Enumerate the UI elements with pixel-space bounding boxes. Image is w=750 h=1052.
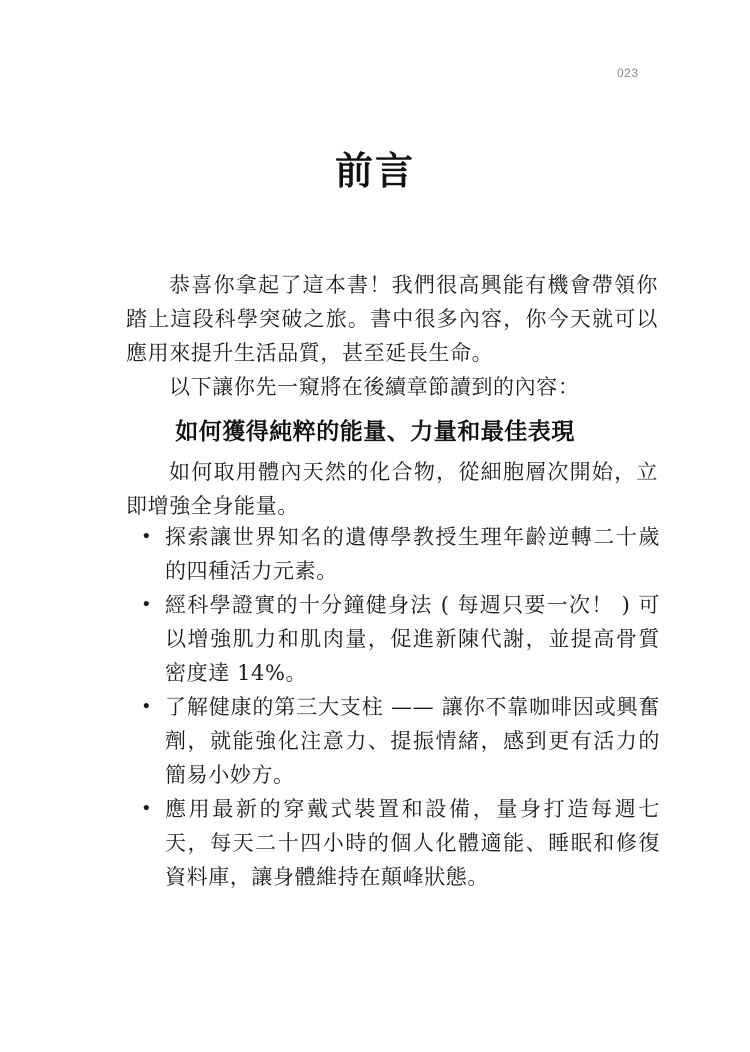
page-number: 023: [617, 66, 639, 80]
bullet-list: • 探索讓世界知名的遺傳學教授生理年齡逆轉二十歲的四種活力元素。 • 經科學證實…: [140, 520, 660, 894]
bullet-icon: •: [141, 792, 152, 826]
section-heading: 如何獲得純粹的能量、力量和最佳表現: [0, 415, 750, 449]
list-item-text: 應用最新的穿戴式裝置和設備，量身打造每週七天，每天二十四小時的個人化體適能、睡眠…: [165, 797, 660, 889]
list-item-text: 了解健康的第三大支柱 —— 讓你不靠咖啡因或興奮劑，就能強化注意力、提振情緒，感…: [165, 695, 660, 787]
intro-paragraph: 恭喜你拿起了這本書！我們很高興能有機會帶領你踏上這段科學突破之旅。書中很多內容，…: [126, 268, 658, 370]
bullet-icon: •: [141, 520, 152, 554]
list-item: • 探索讓世界知名的遺傳學教授生理年齡逆轉二十歲的四種活力元素。: [140, 520, 660, 588]
list-item-text: 探索讓世界知名的遺傳學教授生理年齡逆轉二十歲的四種活力元素。: [165, 525, 660, 583]
bullet-icon: •: [141, 690, 152, 724]
section-intro-text: 如何取用體內天然的化合物，從細胞層次開始，立即增強全身能量。: [126, 455, 658, 523]
section-intro-paragraph: 如何取用體內天然的化合物，從細胞層次開始，立即增強全身能量。: [126, 455, 658, 523]
preview-text: 以下讓你先一窺將在後續章節讀到的內容：: [126, 370, 658, 404]
list-item: • 了解健康的第三大支柱 —— 讓你不靠咖啡因或興奮劑，就能強化注意力、提振情緒…: [140, 690, 660, 792]
bullet-icon: •: [141, 588, 152, 622]
list-item-text: 經科學證實的十分鐘健身法 ( 每週只要一次！ ) 可以增強肌力和肌肉量，促進新陳…: [165, 593, 660, 685]
list-item: • 經科學證實的十分鐘健身法 ( 每週只要一次！ ) 可以增強肌力和肌肉量，促進…: [140, 588, 660, 690]
intro-text: 恭喜你拿起了這本書！我們很高興能有機會帶領你踏上這段科學突破之旅。書中很多內容，…: [126, 268, 658, 370]
preview-paragraph: 以下讓你先一窺將在後續章節讀到的內容：: [126, 370, 658, 404]
page-title: 前言: [0, 148, 750, 194]
list-item: • 應用最新的穿戴式裝置和設備，量身打造每週七天，每天二十四小時的個人化體適能、…: [140, 792, 660, 894]
